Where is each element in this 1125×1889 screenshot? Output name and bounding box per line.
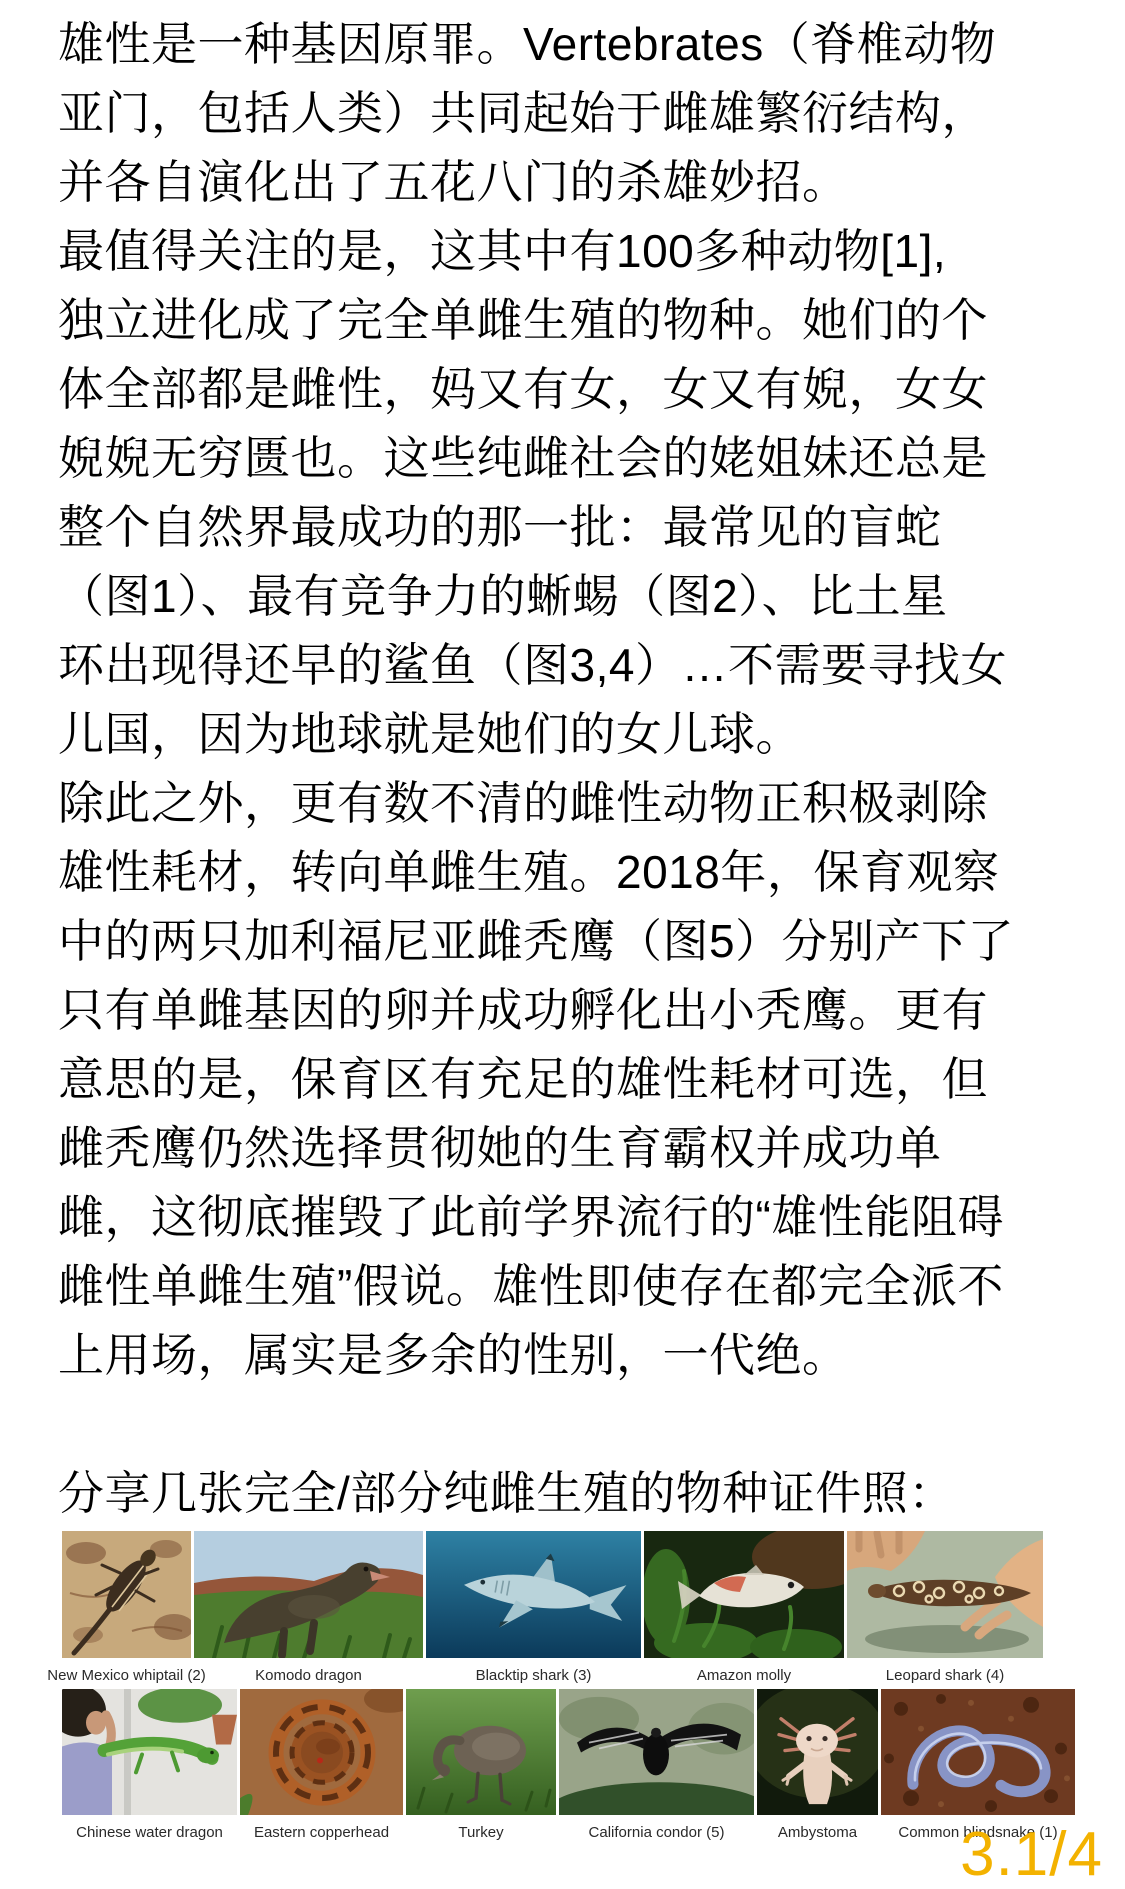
article-text-line: 雄性是一种基因原罪。Vertebrates（脊椎动物 — [58, 10, 1070, 79]
blacktip-shark-illustration — [426, 1531, 641, 1658]
photo-new-mexico-whiptail[interactable]: New Mexico whiptail (2) — [62, 1531, 191, 1658]
article-text-line: 雄性耗材，转向单雌生殖。2018年，保育观察 — [58, 838, 1070, 907]
article-text-line: 中的两只加利福尼亚雌秃鹰（图5）分别产下了 — [58, 907, 1070, 976]
condor-illustration — [559, 1689, 754, 1815]
photo-common-blindsnake[interactable]: Common blindsnake (1) — [881, 1689, 1075, 1815]
photo-caption: Amazon molly — [697, 1667, 791, 1685]
photo-california-condor[interactable]: California condor (5) — [559, 1689, 754, 1815]
article-text-line: 婗婗无穷匮也。这些纯雌社会的姥姐妹还总是 — [58, 424, 1070, 493]
photo-grid-row-2[interactable]: Chinese water dragon Eastern copperhead — [62, 1689, 1075, 1815]
photo-chinese-water-dragon[interactable]: Chinese water dragon — [62, 1689, 237, 1815]
photo-caption: Turkey — [458, 1824, 503, 1842]
komodo-dragon-illustration — [194, 1531, 423, 1658]
photo-grid-row-1[interactable]: New Mexico whiptail (2) Komodo dragon — [62, 1531, 1043, 1658]
copperhead-snake-illustration — [240, 1689, 403, 1815]
article-text-line: 雌秃鹰仍然选择贯彻她的生育霸权并成功单 — [58, 1114, 1070, 1183]
axolotl-illustration — [757, 1689, 878, 1815]
photo-caption: Blacktip shark (3) — [476, 1667, 592, 1685]
photo-caption: Komodo dragon — [255, 1667, 362, 1685]
page-indicator: 3.1/4 — [960, 1824, 1103, 1886]
whiptail-lizard-illustration — [62, 1531, 191, 1658]
photo-leopard-shark[interactable]: Leopard shark (4) — [847, 1531, 1043, 1658]
photo-caption: California condor (5) — [589, 1824, 725, 1842]
article-text-line: 独立进化成了完全单雌生殖的物种。她们的个 — [58, 286, 1070, 355]
amazon-molly-illustration — [644, 1531, 844, 1658]
article-text: 雄性是一种基因原罪。Vertebrates（脊椎动物 亚门，包括人类）共同起始于… — [58, 10, 1070, 1528]
photo-caption: Leopard shark (4) — [886, 1667, 1004, 1685]
photo-eastern-copperhead[interactable]: Eastern copperhead — [240, 1689, 403, 1815]
photo-komodo-dragon[interactable]: Komodo dragon — [194, 1531, 423, 1658]
photo-ambystoma[interactable]: Ambystoma — [757, 1689, 878, 1815]
article-text-line: 除此之外，更有数不清的雌性动物正积极剥除 — [58, 769, 1070, 838]
article-text-line: 最值得关注的是，这其中有100多种动物[1], — [58, 217, 1070, 286]
water-dragon-illustration — [62, 1689, 237, 1815]
photo-caption: Ambystoma — [778, 1824, 857, 1842]
paragraph-gap — [58, 1390, 1070, 1459]
article-text-line: 体全部都是雌性，妈又有女，女又有婗，女女 — [58, 355, 1070, 424]
photo-caption: New Mexico whiptail (2) — [47, 1667, 205, 1685]
article-text-line: 并各自演化出了五花八门的杀雄妙招。 — [58, 148, 1070, 217]
photo-blacktip-shark[interactable]: Blacktip shark (3) — [426, 1531, 641, 1658]
leopard-shark-illustration — [847, 1531, 1043, 1658]
turkey-bird-illustration — [406, 1689, 556, 1815]
photo-caption: Eastern copperhead — [254, 1824, 389, 1842]
article-text-line: 意思的是，保育区有充足的雄性耗材可选，但 — [58, 1045, 1070, 1114]
share-heading: 分享几张完全/部分纯雌生殖的物种证件照： — [58, 1459, 1070, 1528]
article-text-line: 只有单雌基因的卵并成功孵化出小秃鹰。更有 — [58, 976, 1070, 1045]
blindsnake-illustration — [881, 1689, 1075, 1815]
photo-turkey[interactable]: Turkey — [406, 1689, 556, 1815]
article-text-line: 环出现得还早的鲨鱼（图3,4）…不需要寻找女 — [58, 631, 1070, 700]
article-text-line: （图1）、最有竞争力的蜥蜴（图2）、比土星 — [58, 562, 1070, 631]
article-text-line: 亚门，包括人类）共同起始于雌雄繁衍结构， — [58, 79, 1070, 148]
article-text-line: 上用场，属实是多余的性别，一代绝。 — [58, 1321, 1070, 1390]
article-text-line: 雌性单雌生殖”假说。雄性即使存在都完全派不 — [58, 1252, 1070, 1321]
article-text-line: 雌，这彻底摧毁了此前学界流行的“雄性能阻碍 — [58, 1183, 1070, 1252]
article-text-line: 儿国，因为地球就是她们的女儿球。 — [58, 700, 1070, 769]
photo-amazon-molly[interactable]: Amazon molly — [644, 1531, 844, 1658]
photo-caption: Chinese water dragon — [76, 1824, 223, 1842]
article-text-line: 整个自然界最成功的那一批：最常见的盲蛇 — [58, 493, 1070, 562]
